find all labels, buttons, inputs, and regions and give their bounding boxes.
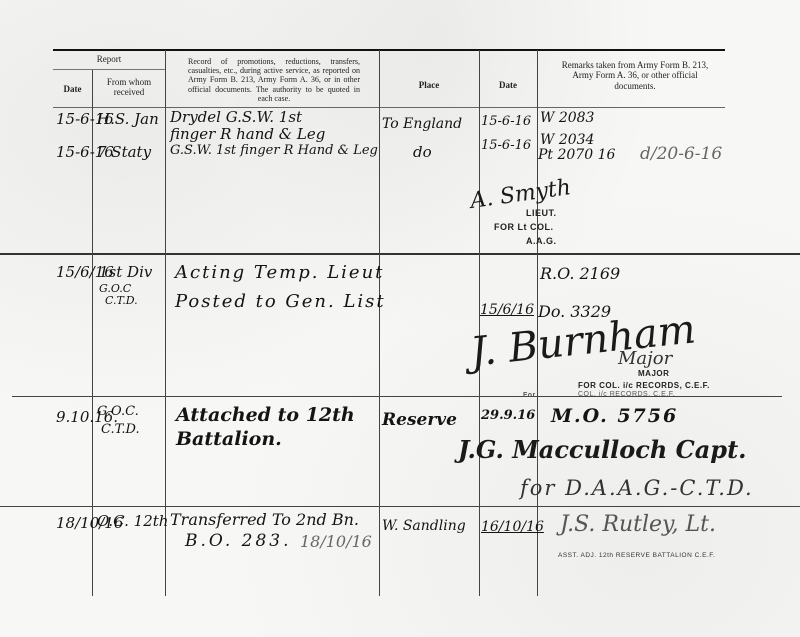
entry-5-record-annotation: 18/10/16	[300, 532, 372, 551]
entry-4-place: Reserve	[382, 410, 457, 430]
entry-4-remark: M.O. 5756	[551, 405, 678, 427]
entry-4-signature-title: for D.A.A.G.-C.T.D.	[520, 476, 754, 500]
entry-3-from-line3: C.T.D.	[105, 294, 138, 307]
entry-2-stamp-line3: A.A.G.	[526, 236, 557, 246]
entry-4-date2: 29.9.16	[481, 408, 535, 423]
entry-3-record-line2: Posted to Gen. List	[175, 291, 386, 312]
entry-5-date2: 16/10/16	[481, 519, 544, 535]
header-bottom-rule	[53, 107, 725, 108]
entry-2-remark-annotation: d/20-6-16	[640, 144, 722, 164]
entry-1-place: To England	[382, 116, 462, 132]
entry-5-from: O.C. 12th	[97, 512, 168, 530]
entry-1-from: H.S. Jan	[97, 110, 159, 128]
header-report: Report	[53, 54, 165, 64]
entry-3-remark-1: R.O. 2169	[540, 264, 620, 283]
report-subheader-rule	[53, 69, 165, 70]
header-record: Record of promotions, reductions, transf…	[188, 57, 360, 103]
entry-1-record-line1: Drydel G.S.W. 1st	[170, 108, 302, 126]
entry-5-signature: J.S. Rutley, Lt.	[560, 512, 716, 537]
entry-2-stamp-line2: FOR Lt COL.	[494, 222, 554, 232]
entry-4-from-line2: C.T.D.	[101, 422, 140, 437]
entry-5-record-line2: B.O. 283.	[185, 531, 292, 551]
entry-2-stamp-line1: LIEUT.	[526, 208, 557, 218]
entry-3-stamp-prefix: For	[523, 392, 536, 399]
header-top-rule	[53, 49, 725, 51]
entry-4-record-line1: Attached to 12th	[176, 404, 355, 426]
entry-2-remark-1: W 2034	[540, 132, 594, 148]
header-from-whom: From whom received	[96, 77, 162, 98]
entry-5-stamp: ASST. ADJ. 12th RESERVE BATTALION C.E.F.	[558, 552, 715, 559]
entry-1-record-line2: finger R hand & Leg	[170, 125, 325, 143]
entry-4-signature: J.G. Macculloch Capt.	[458, 435, 747, 464]
entry-3-stamp-major: MAJOR	[638, 369, 669, 378]
entry-3-stamp-col: COL. i/c RECORDS, C.E.F.	[578, 391, 675, 398]
entry-3-from-line1: 1st Div	[99, 263, 152, 281]
entry-4-from-line1: G.O.C.	[97, 404, 139, 419]
entry-3-stamp-for-col: FOR COL. i/c RECORDS, C.E.F.	[578, 381, 710, 390]
row-divider-1	[0, 253, 800, 255]
entry-3-signature-title: Major	[618, 348, 672, 369]
row-divider-3	[0, 506, 800, 507]
header-remarks: Remarks taken from Army Form B. 213, Arm…	[560, 60, 710, 91]
entry-5-record-line1: Transferred To 2nd Bn.	[170, 510, 359, 529]
entry-3-record-line1: Acting Temp. Lieut	[175, 262, 384, 283]
header-date: Date	[53, 84, 92, 94]
entry-4-record-line2: Battalion.	[176, 428, 282, 450]
entry-2-record: G.S.W. 1st finger R Hand & Leg	[170, 143, 378, 158]
entry-2-place: do	[413, 143, 432, 161]
entry-2-date2: 15-6-16	[481, 138, 531, 153]
entry-5-place: W. Sandling	[382, 518, 466, 534]
header-place: Place	[379, 80, 479, 90]
col-divider-record	[379, 50, 380, 596]
entry-2-from: 7 Staty	[97, 143, 151, 161]
header-date2: Date	[479, 80, 537, 90]
entry-1-remark: W 2083	[540, 110, 594, 126]
entry-2-remark-2: Pt 2070 16	[538, 147, 615, 163]
entry-1-date2: 15-6-16	[481, 114, 531, 129]
col-divider-place	[479, 50, 480, 596]
entry-3-date2: 15/6/16	[480, 302, 534, 318]
